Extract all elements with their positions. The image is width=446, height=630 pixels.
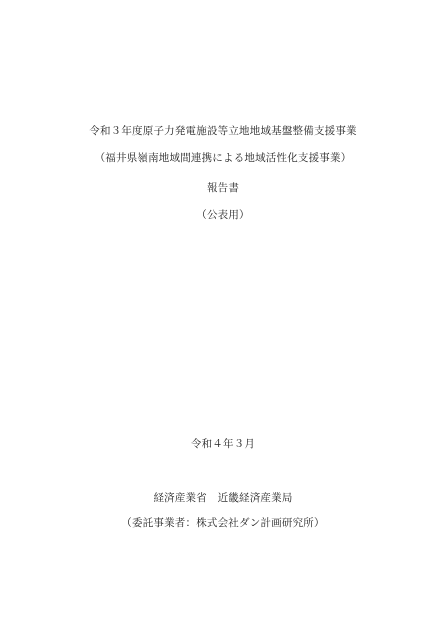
cover-contractor: （委託事業者：株式会社ダン計画研究所）	[0, 516, 446, 530]
report-cover-page: 令和３年度原子力発電施設等立地地域基盤整備支援事業 （福井県嶺南地域間連携による…	[0, 0, 446, 630]
cover-date: 令和４年３月	[0, 437, 446, 451]
cover-title-line1: 令和３年度原子力発電施設等立地地域基盤整備支援事業	[0, 124, 446, 138]
cover-organization: 経済産業省 近畿経済産業局	[0, 491, 446, 505]
cover-title-line2: （福井県嶺南地域間連携による地域活性化支援事業）	[0, 151, 446, 165]
cover-doc-type: 報告書	[0, 181, 446, 195]
cover-disclosure-note: （公表用）	[0, 208, 446, 222]
